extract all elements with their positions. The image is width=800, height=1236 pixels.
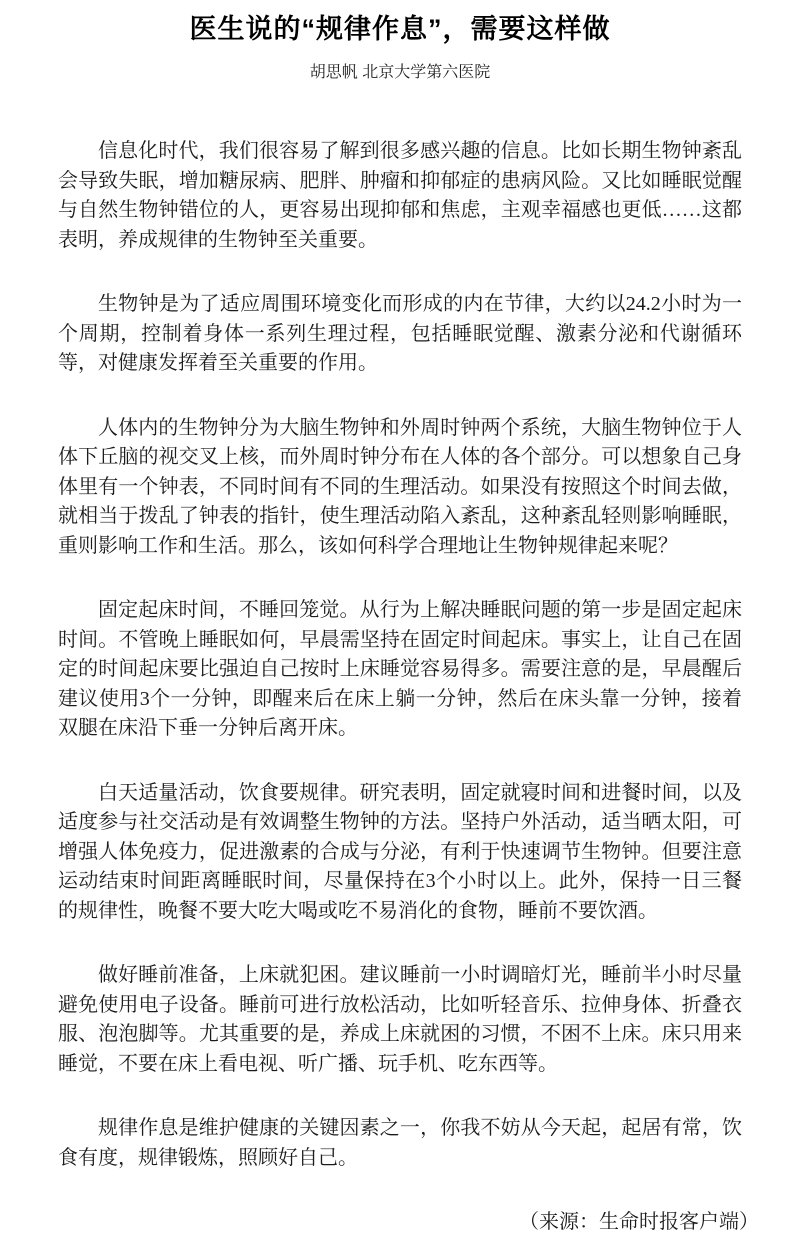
article-body: 信息化时代，我们很容易了解到很多感兴趣的信息。比如长期生物钟紊乱会导致失眠，增加… — [58, 82, 742, 1236]
paragraph: 生物钟是为了适应周围环境变化而形成的内在节律，大约以24.2小时为一个周期，控制… — [58, 290, 742, 379]
paragraph: 白天适量活动，饮食要规律。研究表明，固定就寝时间和进餐时间，以及适度参与社交活动… — [58, 779, 742, 927]
document-page: 医生说的“规律作息”，需要这样做 胡思帆 北京大学第六医院 信息化时代，我们很容… — [0, 0, 800, 1236]
byline: 胡思帆 北京大学第六医院 — [0, 63, 800, 82]
paragraph: 规律作息是维护健康的关键因素之一，你我不妨从今天起，起居有常，饮食有度，规律锻炼… — [58, 1114, 742, 1173]
paragraph: 固定起床时间，不睡回笼觉。从行为上解决睡眠问题的第一步是固定起床时间。不管晚上睡… — [58, 596, 742, 744]
paragraph: 信息化时代，我们很容易了解到很多感兴趣的信息。比如长期生物钟紊乱会导致失眠，增加… — [58, 137, 742, 255]
page-title: 医生说的“规律作息”，需要这样做 — [0, 0, 800, 46]
source-attribution: （来源：生命时报客户端） — [58, 1208, 759, 1236]
paragraph: 做好睡前准备，上床就犯困。建议睡前一小时调暗灯光，睡前半小时尽量避免使用电子设备… — [58, 961, 742, 1079]
paragraph: 人体内的生物钟分为大脑生物钟和外周时钟两个系统，大脑生物钟位于人体下丘脑的视交叉… — [58, 414, 742, 562]
